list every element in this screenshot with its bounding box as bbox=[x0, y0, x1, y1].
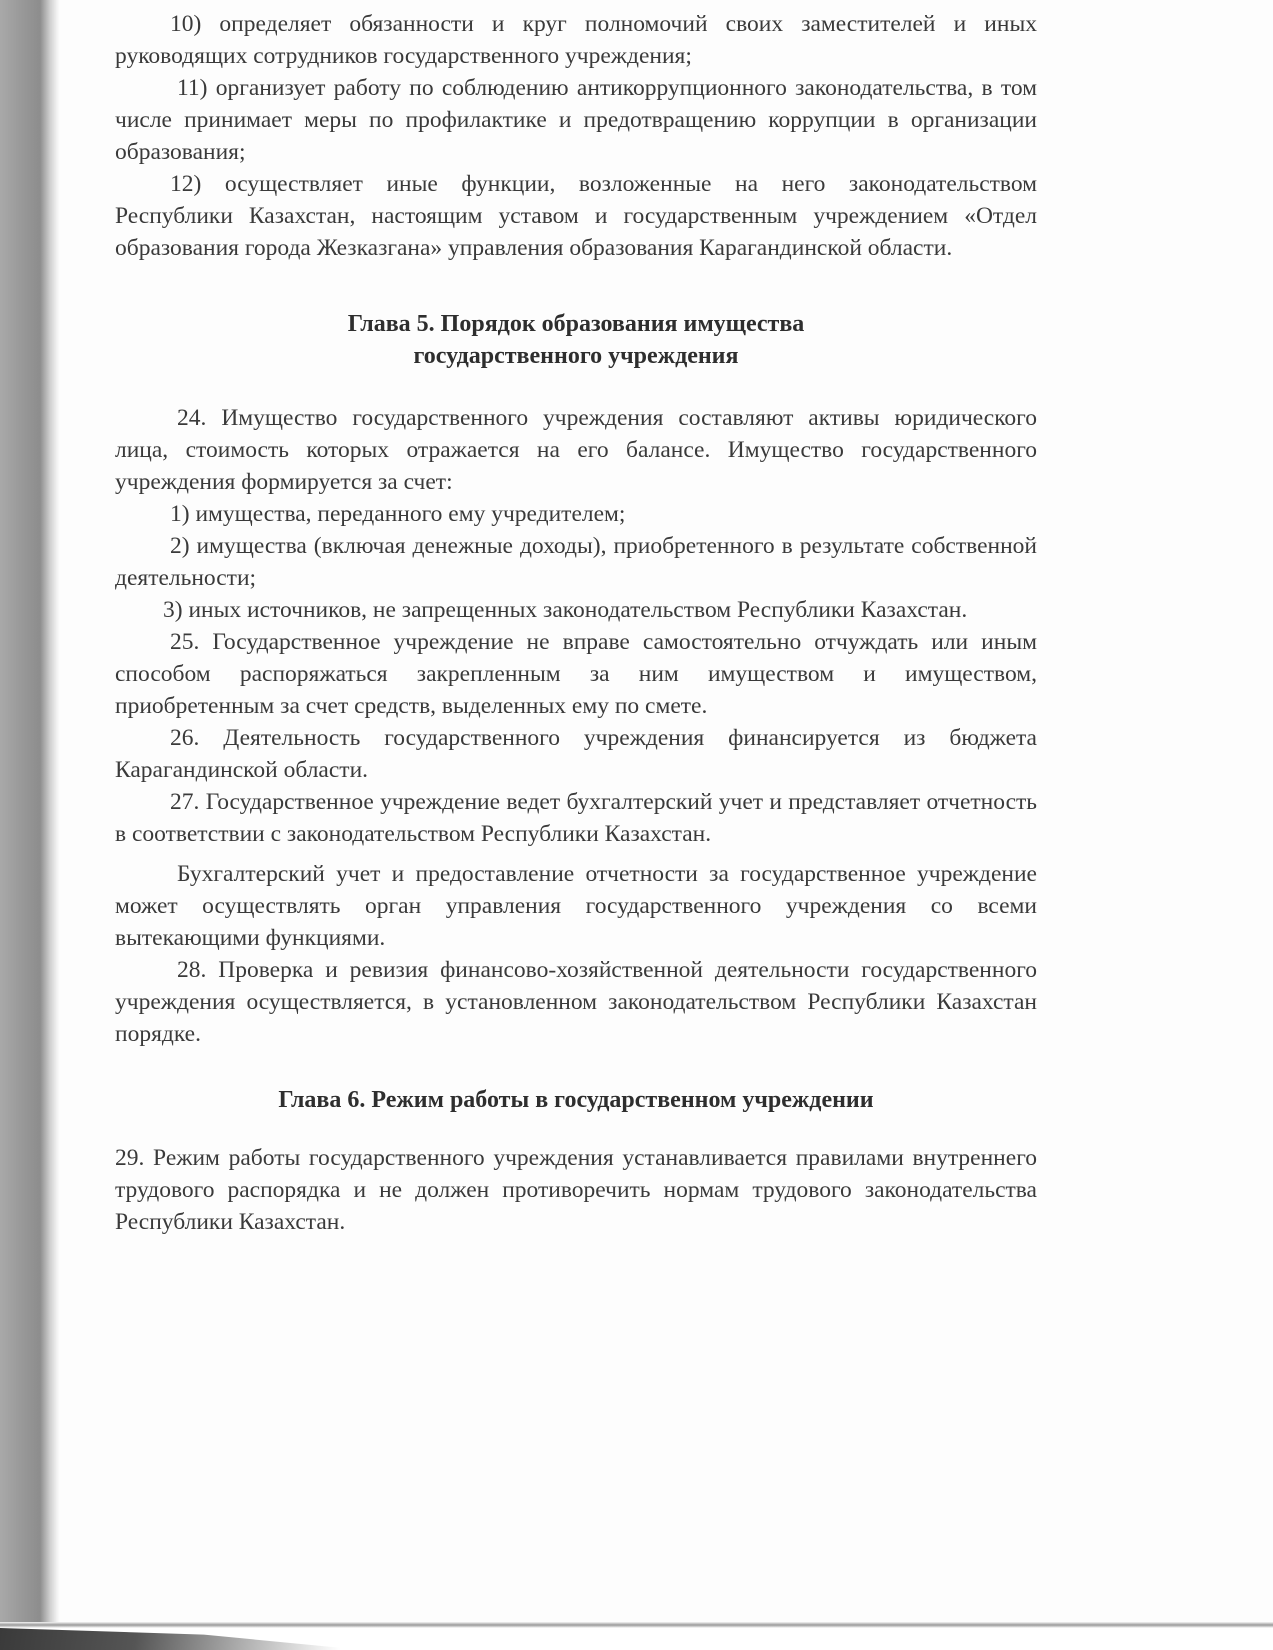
list-item-12: 12) осуществляет иные функции, возложенн… bbox=[115, 168, 1037, 264]
scan-binding-shadow bbox=[0, 0, 60, 1650]
document-body: 10) определяет обязанности и круг полном… bbox=[115, 8, 1037, 1238]
spacer bbox=[115, 1116, 1037, 1142]
paragraph-28: 28. Проверка и ревизия финансово-хозяйст… bbox=[115, 954, 1037, 1050]
paragraph-25: 25. Государственное учреждение не вправе… bbox=[115, 626, 1037, 722]
paragraph-27-note: Бухгалтерский учет и предоставление отче… bbox=[115, 858, 1037, 954]
spacer bbox=[115, 850, 1037, 858]
paragraph-24-item-2: 2) имущества (включая денежные доходы), … bbox=[115, 530, 1037, 594]
spacer bbox=[115, 1050, 1037, 1084]
paragraph-24: 24. Имущество государственного учреждени… bbox=[115, 402, 1037, 498]
scanned-page: 10) определяет обязанности и круг полном… bbox=[0, 0, 1273, 1650]
chapter-6-body: 29. Режим работы государственного учрежд… bbox=[115, 1142, 1037, 1238]
chapter-6-title: Глава 6. Режим работы в государственном … bbox=[115, 1084, 1037, 1116]
list-item-10: 10) определяет обязанности и круг полном… bbox=[115, 8, 1037, 72]
chapter-5-body: 24. Имущество государственного учреждени… bbox=[115, 402, 1037, 1050]
paragraph-29: 29. Режим работы государственного учрежд… bbox=[115, 1142, 1037, 1238]
paragraph-26: 26. Деятельность государственного учрежд… bbox=[115, 722, 1037, 786]
chapter-5-heading: Глава 5. Порядок образования имущества г… bbox=[115, 308, 1037, 372]
list-item-11: 11) организует работу по соблюдению анти… bbox=[115, 72, 1037, 168]
paragraph-27: 27. Государственное учреждение ведет бух… bbox=[115, 786, 1037, 850]
spacer bbox=[115, 372, 1037, 402]
paragraph-24-item-3: 3) иных источников, не запрещенных закон… bbox=[115, 594, 1037, 626]
spacer bbox=[115, 264, 1037, 308]
chapter-5-title-line-1: Глава 5. Порядок образования имущества bbox=[115, 308, 1037, 340]
paragraph-24-item-1: 1) имущества, переданного ему учредителе… bbox=[115, 498, 1037, 530]
chapter-5-title-line-2: государственного учреждения bbox=[115, 340, 1037, 372]
